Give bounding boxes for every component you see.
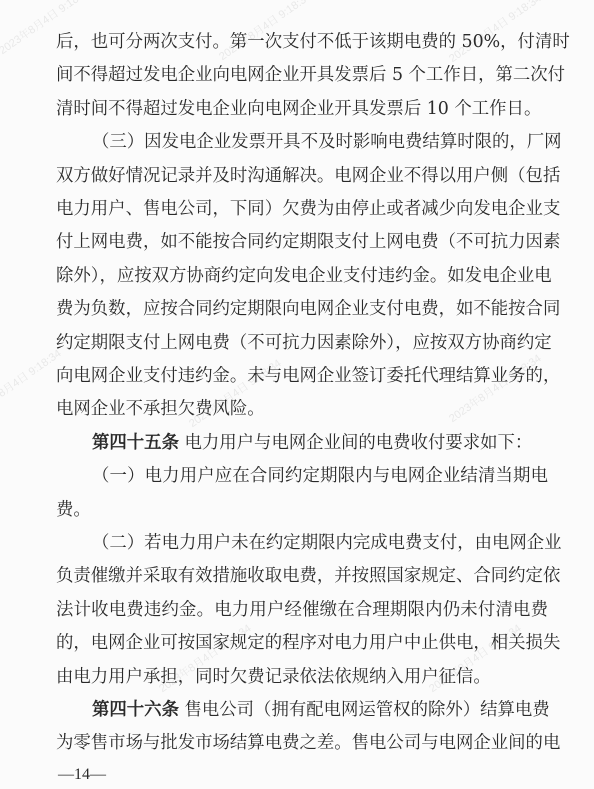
text-line: 除外），应按双方协商约定向发电企业支付违约金。如发电企业电 xyxy=(56,264,548,288)
article-text: 售电公司（拥有配电网运管权的除外）结算电费 xyxy=(179,700,550,720)
text-line: 付上网电费，如不能按合同约定期限支付上网电费（不可抗力因素 xyxy=(56,230,548,254)
article-text: 电力用户与电网企业间的电费收付要求如下： xyxy=(179,433,532,453)
article-heading: 第四十六条 xyxy=(92,700,179,720)
text-line: 为零售市场与批发市场结算电费之差。售电公司与电网企业间的电 xyxy=(56,731,548,755)
article-45-line: 第四十五条 电力用户与电网企业间的电费收付要求如下： xyxy=(92,431,548,455)
text-line: 向电网企业支付违约金。未与电网企业签订委托代理结算业务的， xyxy=(56,364,548,388)
page-number: —14— xyxy=(58,764,106,786)
text-line: 后，也可分两次支付。第一次支付不低于该期电费的 50%，付清时 xyxy=(56,30,548,54)
article-46-line: 第四十六条 售电公司（拥有配电网运管权的除外）结算电费 xyxy=(92,698,548,722)
text-line: 约定期限支付上网电费（不可抗力因素除外），应按双方协商约定 xyxy=(56,331,548,355)
text-line: 双方做好情况记录并及时沟通解决。电网企业不得以用户侧（包括 xyxy=(56,164,548,188)
text-line: （三）因发电企业发票开具不及时影响电费结算时限的，厂网 xyxy=(92,130,548,154)
text-line: （一）电力用户应在合同约定期限内与电网企业结清当期电 xyxy=(92,464,548,488)
text-line: 电力用户、售电公司，下同）欠费为由停止或者减少向发电企业支 xyxy=(56,197,548,221)
text-line: 的，电网企业可按国家规定的程序对电力用户中止供电，相关损失 xyxy=(56,631,548,655)
text-line: （二）若电力用户未在约定期限内完成电费支付，由电网企业 xyxy=(92,531,548,555)
article-heading: 第四十五条 xyxy=(92,433,179,453)
text-line: 清时间不得超过发电企业向电网企业开具发票后 10 个工作日。 xyxy=(56,97,548,121)
text-line: 费为负数，应按合同约定期限向电网企业支付电费，如不能按合同 xyxy=(56,297,548,321)
text-line: 法计收电费违约金。电力用户经催缴在合理期限内仍未付清电费 xyxy=(56,598,548,622)
text-line: 电网企业不承担欠费风险。 xyxy=(56,397,548,421)
text-line: 费。 xyxy=(56,498,548,522)
text-line: 由电力用户承担，同时欠费记录依法依规纳入用户征信。 xyxy=(56,665,548,689)
watermark: 2023年8月4日 9:18:34 xyxy=(0,345,64,421)
text-line: 间不得超过发电企业向电网企业开具发票后 5 个工作日，第二次付 xyxy=(56,63,548,87)
text-line: 负责催缴并采取有效措施收取电费，并按照国家规定、合同约定依 xyxy=(56,564,548,588)
document-page: 2023年8月4日 9:18:34 2023年8月4日 9:18:34 2023… xyxy=(0,0,594,789)
